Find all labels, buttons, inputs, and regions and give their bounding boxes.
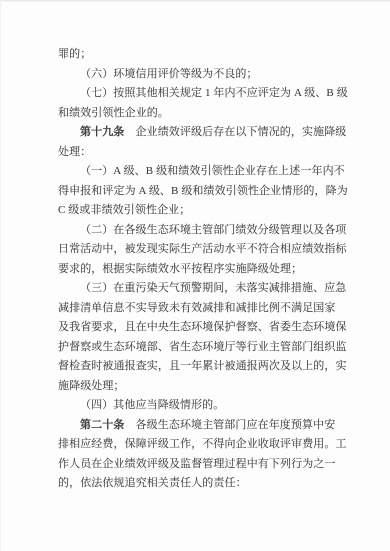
text-segment: （七）按照其他相关规定 1 年内不应评定为 A 级、B 级 [80, 87, 348, 99]
text-segment: （一）A 级、B 级和绩效引领性企业存在上述一年内不 [80, 165, 345, 177]
article-number: 第十九条 [80, 126, 124, 138]
text-segment: 排相应经费，保障评级工作，不得向企业收取评审费用。工 [58, 438, 347, 450]
text-segment: （六）环境信用评价等级为不良的； [80, 68, 258, 80]
text-line: 得申报和评定为 A 级、B 级和绩效引领性企业情形的，降为 [58, 182, 340, 202]
text-line: 第十九条 企业绩效评级后存在以下情况的，实施降级 [58, 123, 340, 143]
text-segment: （四）其他应当降级情形的。 [80, 399, 224, 411]
text-segment: 护督察或生态环境部、省生态环境厅等行业主管部门组织监 [58, 341, 347, 353]
text-segment: 罪的； [58, 48, 91, 60]
text-segment: 和绩效引领性企业的。 [58, 107, 169, 119]
text-segment: 督检查时被通报查实，且一年累计被通报两次及以上的，实 [58, 360, 347, 372]
text-segment: 各级生态环境主管部门应在年度预算中安 [124, 419, 335, 431]
text-line: （二）在各级生态环境主管部门绩效分级管理以及各项 [58, 221, 340, 241]
text-segment: 企业绩效评级后存在以下情况的，实施降级 [124, 126, 346, 138]
text-line: 护督察或生态环境部、省生态环境厅等行业主管部门组织监 [58, 338, 340, 358]
text-line: （四）其他应当降级情形的。 [58, 396, 340, 416]
text-segment: 及我省要求，且在中央生态环境保护督察、省委生态环境保 [58, 321, 347, 333]
text-line: 罪的； [58, 45, 340, 65]
text-line: 施降级处理； [58, 377, 340, 397]
text-line: 处理： [58, 143, 340, 163]
text-segment: 作人员在企业绩效评级及监督管理过程中有下列行为之一 [58, 458, 336, 470]
text-line: （六）环境信用评价等级为不良的； [58, 65, 340, 85]
text-line: C 级或非绩效引领性企业； [58, 201, 340, 221]
text-segment: 的，依法依规追究相关责任人的责任： [58, 477, 247, 489]
text-line: （三）在重污染天气预警期间，未落实减排措施、应急 [58, 279, 340, 299]
text-line: 作人员在企业绩效评级及监督管理过程中有下列行为之一 [58, 455, 340, 475]
text-line: 和绩效引领性企业的。 [58, 104, 340, 124]
text-segment: 处理： [58, 146, 91, 158]
text-segment: 减排清单信息不实导致未有效减排和减排比例不满足国家 [58, 302, 336, 314]
document-text-block: 罪的；（六）环境信用评价等级为不良的；（七）按照其他相关规定 1 年内不应评定为… [58, 45, 340, 494]
text-line: 减排清单信息不实导致未有效减排和减排比例不满足国家 [58, 299, 340, 319]
text-line: （七）按照其他相关规定 1 年内不应评定为 A 级、B 级 [58, 84, 340, 104]
page-left-edge [0, 0, 1, 551]
text-segment: 日常活动中，被发现实际生产活动水平不符合相应绩效指标 [58, 243, 347, 255]
text-segment: 得申报和评定为 A 级、B 级和绩效引领性企业情形的，降为 [58, 185, 348, 197]
text-segment: （二）在各级生态环境主管部门绩效分级管理以及各项 [80, 224, 346, 236]
text-segment: 施降级处理； [58, 380, 125, 392]
text-line: 要求的，根据实际绩效水平按程序实施降级处理； [58, 260, 340, 280]
page-top-edge [0, 0, 390, 2]
text-line: 的，依法依规追究相关责任人的责任： [58, 474, 340, 494]
text-segment: （三）在重污染天气预警期间，未落实减排措施、应急 [80, 282, 346, 294]
text-line: 日常活动中，被发现实际生产活动水平不符合相应绩效指标 [58, 240, 340, 260]
article-number: 第二十条 [80, 419, 124, 431]
text-segment: 要求的，根据实际绩效水平按程序实施降级处理； [58, 263, 302, 275]
text-line: 及我省要求，且在中央生态环境保护督察、省委生态环境保 [58, 318, 340, 338]
document-page: 罪的；（六）环境信用评价等级为不良的；（七）按照其他相关规定 1 年内不应评定为… [0, 0, 390, 551]
text-line: 排相应经费，保障评级工作，不得向企业收取评审费用。工 [58, 435, 340, 455]
text-line: 第二十条 各级生态环境主管部门应在年度预算中安 [58, 416, 340, 436]
text-line: 督检查时被通报查实，且一年累计被通报两次及以上的，实 [58, 357, 340, 377]
text-segment: C 级或非绩效引领性企业； [58, 204, 190, 216]
text-line: （一）A 级、B 级和绩效引领性企业存在上述一年内不 [58, 162, 340, 182]
